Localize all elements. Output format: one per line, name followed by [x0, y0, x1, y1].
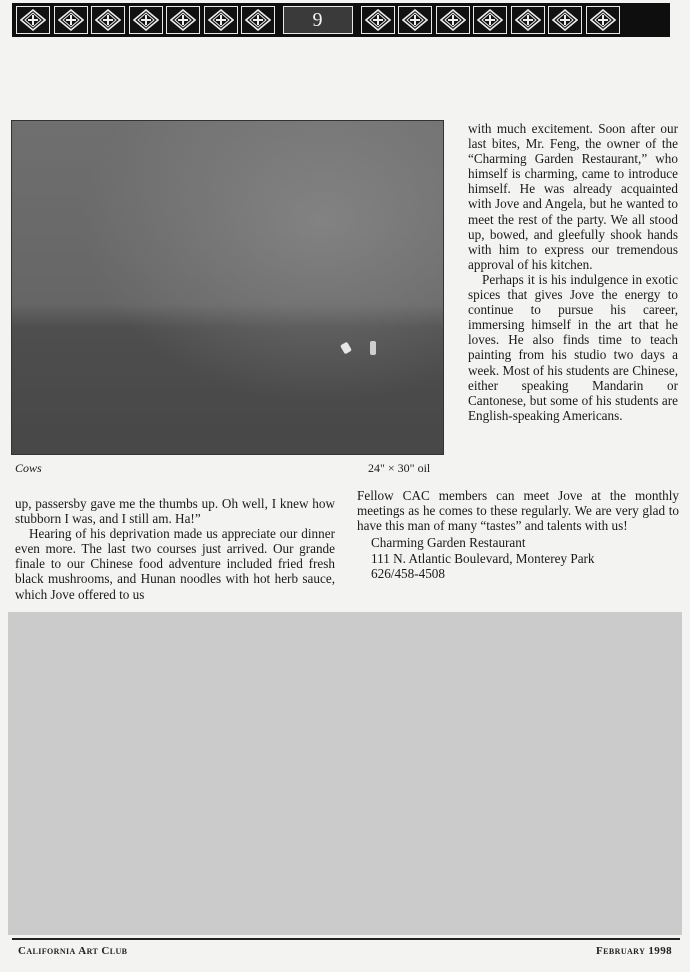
restaurant-phone: 626/458-4508: [371, 566, 679, 581]
diamond-cross-tile-icon: [129, 6, 163, 34]
article-column-left-bottom: up, passersby gave me the thumbs up. Oh …: [15, 496, 335, 602]
footer-divider: [12, 938, 680, 940]
footer-issue-date: February 1998: [596, 945, 672, 957]
blank-gray-region: [8, 612, 682, 935]
paragraph: Hearing of his deprivation made us appre…: [15, 526, 335, 601]
paragraph: Perhaps it is his indulgence in exotic s…: [468, 272, 678, 423]
diamond-cross-tile-icon: [361, 6, 395, 34]
diamond-cross-tile-icon: [54, 6, 88, 34]
diamond-cross-tile-icon: [241, 6, 275, 34]
restaurant-address-block: Charming Garden Restaurant 111 N. Atlant…: [357, 535, 679, 581]
diamond-cross-tile-icon: [586, 6, 620, 34]
article-column-right-bottom: Fellow CAC members can meet Jove at the …: [357, 488, 679, 581]
article-column-right-top: with much excitement. Soon after our las…: [468, 121, 678, 423]
diamond-cross-tile-icon: [166, 6, 200, 34]
diamond-cross-tile-icon: [511, 6, 545, 34]
cow-figure: [370, 341, 376, 355]
figure-caption-title: Cows: [15, 461, 42, 476]
diamond-cross-tile-icon: [91, 6, 125, 34]
diamond-cross-tile-icon: [548, 6, 582, 34]
page-number: 9: [283, 6, 353, 34]
restaurant-street: 111 N. Atlantic Boulevard, Monterey Park: [371, 551, 679, 566]
footer-publication-name: California Art Club: [18, 945, 127, 957]
diamond-cross-tile-icon: [473, 6, 507, 34]
figure-caption-dimensions: 24" × 30" oil: [368, 461, 430, 476]
diamond-cross-tile-icon: [436, 6, 470, 34]
paragraph: Fellow CAC members can meet Jove at the …: [357, 488, 679, 533]
ornamental-header-band: 9: [12, 3, 670, 37]
diamond-cross-tile-icon: [398, 6, 432, 34]
paragraph: with much excitement. Soon after our las…: [468, 121, 678, 272]
restaurant-name: Charming Garden Restaurant: [371, 535, 679, 550]
paragraph: up, passersby gave me the thumbs up. Oh …: [15, 496, 335, 526]
diamond-cross-tile-icon: [204, 6, 238, 34]
cow-figure: [340, 342, 352, 355]
diamond-cross-tile-icon: [16, 6, 50, 34]
painting-image-cows: [11, 120, 444, 455]
